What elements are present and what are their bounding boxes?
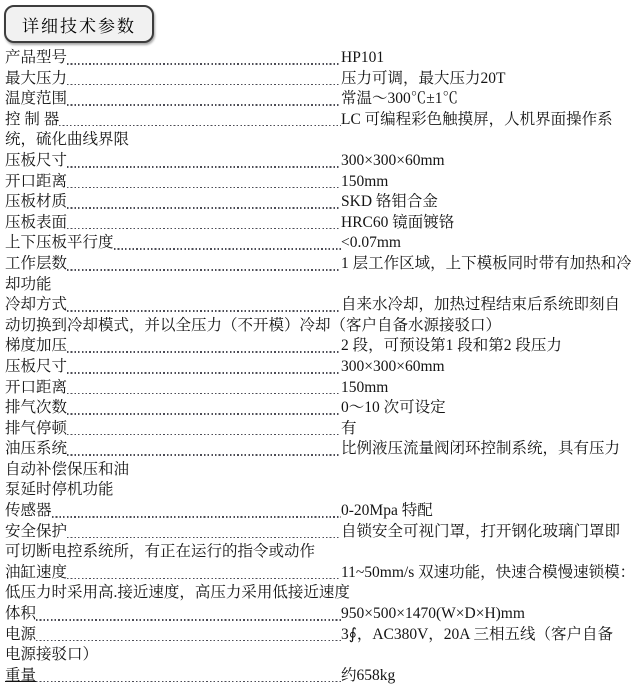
leader-group: 产品型号 [5, 48, 341, 69]
spec-row: 传感器0-20Mpa 特配 [5, 501, 629, 522]
spec-label: 却功能 [5, 275, 52, 296]
spec-label: 排气停顿 [5, 419, 67, 440]
spec-label: 压板尺寸 [5, 357, 67, 378]
spec-value: 300×300×60mm [341, 357, 445, 378]
spec-row-continuation: 统，硫化曲线界限 [5, 130, 629, 151]
spec-value: 1 层工作区域，上下模板同时带有加热和冷 [341, 254, 631, 275]
spec-row: 最大压力压力可调，最大压力20T [5, 69, 629, 90]
spec-row: 控 制 器 LC 可编程彩色触摸屏，人机界面操作系 [5, 110, 629, 131]
spec-value: 约658kg [341, 666, 395, 687]
dot-leader [67, 434, 341, 436]
dot-leader [67, 578, 341, 580]
spec-value: 3∮，AC380V，20A 三相五线（客户自备 [341, 625, 613, 646]
leader-group: 温度范围 [5, 89, 341, 110]
dot-leader [67, 269, 341, 271]
spec-row: 油缸速度11~50mm/s 双速功能，快速合模慢速锁模： [5, 563, 629, 584]
spec-label: 压板表面 [5, 213, 67, 234]
leader-group: 压板材质 [5, 192, 341, 213]
dot-leader [52, 516, 341, 518]
leader-group: 工作层数 [5, 254, 341, 275]
leader-group: 油压系统 [5, 439, 341, 460]
dot-leader [67, 207, 341, 209]
spec-sheet: 详细技术参数 产品型号HP101最大压力压力可调，最大压力20T温度范围常温～3… [0, 0, 631, 688]
dot-leader [67, 166, 341, 168]
dot-leader [67, 393, 341, 395]
spec-row: 梯度加压2 段，可预设第1 段和第2 段压力 [5, 336, 629, 357]
spec-label: 冷却方式 [5, 295, 67, 316]
spec-label: 开口距离 [5, 378, 67, 399]
leader-group: 体积 [5, 604, 341, 625]
spec-value: 有 [341, 419, 357, 440]
spec-row: 产品型号HP101 [5, 48, 629, 69]
leader-group: 开口距离 [5, 378, 341, 399]
spec-label: 控 制 器 [5, 110, 59, 131]
dot-leader [67, 413, 341, 415]
spec-row-continuation: 却功能 [5, 275, 629, 296]
page-title: 详细技术参数 [22, 12, 136, 37]
spec-label: 压板尺寸 [5, 151, 67, 172]
spec-row: 压板尺寸300×300×60mm [5, 151, 629, 172]
spec-row-continuation: 自动补偿保压和油 [5, 460, 629, 481]
spec-label: 上下压板平行度 [5, 233, 114, 254]
spec-row: 上下压板平行度<0.07mm [5, 233, 629, 254]
spec-row: 开口距离150mm [5, 378, 629, 399]
spec-value: 950×500×1470(W×D×H)mm [341, 604, 525, 625]
leader-group: 传感器 [5, 501, 341, 522]
spec-label: 传感器 [5, 501, 52, 522]
dot-leader [114, 248, 341, 250]
spec-list: 产品型号HP101最大压力压力可调，最大压力20T温度范围常温～300℃±1℃控… [5, 48, 629, 686]
dot-leader [36, 619, 341, 621]
spec-row: 工作层数1 层工作区域，上下模板同时带有加热和冷 [5, 254, 629, 275]
leader-group: 开口距离 [5, 172, 341, 193]
dot-leader [67, 63, 341, 65]
spec-row: 电源3∮，AC380V，20A 三相五线（客户自备 [5, 625, 629, 646]
spec-value: 0-20Mpa 特配 [341, 501, 433, 522]
spec-row-continuation: 泵延时停机功能 [5, 480, 629, 501]
spec-value: 常温～300℃±1℃ [341, 89, 458, 110]
spec-row: 排气次数0～10 次可设定 [5, 398, 629, 419]
spec-value: 自锁安全可视门罩，打开钢化玻璃门罩即 [341, 522, 620, 543]
spec-value: 300×300×60mm [341, 151, 445, 172]
spec-value: LC 可编程彩色触摸屏，人机界面操作系 [341, 110, 613, 131]
spec-value: <0.07mm [341, 233, 401, 254]
dot-leader [67, 84, 341, 86]
spec-value: 比例液压流量阀闭环控制系统，具有压力 [341, 439, 620, 460]
dot-leader [67, 351, 341, 353]
spec-row-continuation: 低压力时采用高.接近速度，高压力采用低接近速度 [5, 583, 629, 604]
leader-group: 压板尺寸 [5, 151, 341, 172]
dot-leader [67, 537, 341, 539]
spec-value: HP101 [341, 48, 384, 69]
spec-row: 排气停顿有 [5, 419, 629, 440]
spec-label: 电源接驳口） [5, 645, 98, 666]
spec-label: 压板材质 [5, 192, 67, 213]
spec-label: 开口距离 [5, 172, 67, 193]
spec-row-continuation: 电源接驳口） [5, 645, 629, 666]
spec-label: 产品型号 [5, 48, 67, 69]
leader-group: 电源 [5, 625, 341, 646]
spec-row: 油压系统比例液压流量阀闭环控制系统，具有压力 [5, 439, 629, 460]
spec-value: 150mm [341, 172, 388, 193]
spec-label: 可切断电控系统所，有正在运行的指令或动作 [5, 542, 315, 563]
dot-leader [67, 310, 341, 312]
leader-group: 控 制 器 [5, 110, 341, 131]
spec-row: 体积950×500×1470(W×D×H)mm [5, 604, 629, 625]
spec-label: 动切换到冷却模式，并以全压力（不开模）冷却（客户自备水源接驳口） [5, 316, 501, 337]
dot-leader [36, 640, 341, 642]
spec-label: 安全保护 [5, 522, 67, 543]
spec-row: 温度范围常温～300℃±1℃ [5, 89, 629, 110]
leader-group: 油缸速度 [5, 563, 341, 584]
dot-leader [67, 104, 341, 106]
spec-label: 自动补偿保压和油 [5, 460, 129, 481]
dot-leader [67, 187, 341, 189]
leader-group: 最大压力 [5, 69, 341, 90]
spec-value: 0～10 次可设定 [341, 398, 446, 419]
spec-label: 最大压力 [5, 69, 67, 90]
spec-label: 温度范围 [5, 89, 67, 110]
dot-leader [67, 372, 341, 374]
spec-row: 安全保护自锁安全可视门罩，打开钢化玻璃门罩即 [5, 522, 629, 543]
spec-label: 统，硫化曲线界限 [5, 130, 129, 151]
spec-label: 工作层数 [5, 254, 67, 275]
leader-group: 上下压板平行度 [5, 233, 341, 254]
spec-value: 2 段，可预设第1 段和第2 段压力 [341, 336, 562, 357]
dot-leader [59, 125, 341, 127]
spec-label: 泵延时停机功能 [5, 480, 114, 501]
spec-value: 压力可调，最大压力20T [341, 69, 505, 90]
leader-group: 安全保护 [5, 522, 341, 543]
spec-row: 开口距离150mm [5, 172, 629, 193]
dot-leader [36, 681, 341, 683]
spec-label: 油缸速度 [5, 563, 67, 584]
leader-group: 排气次数 [5, 398, 341, 419]
spec-row: 压板表面HRC60 镜面镀铬 [5, 213, 629, 234]
spec-row: 压板尺寸300×300×60mm [5, 357, 629, 378]
dot-leader [67, 454, 341, 456]
leader-group: 排气停顿 [5, 419, 341, 440]
leader-group: 压板尺寸 [5, 357, 341, 378]
spec-row-continuation: 可切断电控系统所，有正在运行的指令或动作 [5, 542, 629, 563]
spec-row: 重量约658kg [5, 666, 629, 687]
spec-label: 体积 [5, 604, 36, 625]
spec-value: 150mm [341, 378, 388, 399]
spec-label: 油压系统 [5, 439, 67, 460]
spec-value: HRC60 镜面镀铬 [341, 213, 454, 234]
leader-group: 重量 [5, 666, 341, 687]
spec-label: 电源 [5, 625, 36, 646]
title-box: 详细技术参数 [4, 5, 154, 43]
spec-value: SKD 铬钼合金 [341, 192, 438, 213]
spec-label: 排气次数 [5, 398, 67, 419]
spec-row: 压板材质SKD 铬钼合金 [5, 192, 629, 213]
spec-row-continuation: 动切换到冷却模式，并以全压力（不开模）冷却（客户自备水源接驳口） [5, 316, 629, 337]
leader-group: 压板表面 [5, 213, 341, 234]
spec-value: 自来水冷却，加热过程结束后系统即刻自 [341, 295, 620, 316]
leader-group: 冷却方式 [5, 295, 341, 316]
dot-leader [67, 228, 341, 230]
spec-label: 低压力时采用高.接近速度，高压力采用低接近速度 [5, 583, 350, 604]
spec-value: 11~50mm/s 双速功能，快速合模慢速锁模： [341, 563, 631, 584]
spec-label: 梯度加压 [5, 336, 67, 357]
leader-group: 梯度加压 [5, 336, 341, 357]
spec-row: 冷却方式自来水冷却，加热过程结束后系统即刻自 [5, 295, 629, 316]
spec-label: 重量 [5, 666, 36, 687]
